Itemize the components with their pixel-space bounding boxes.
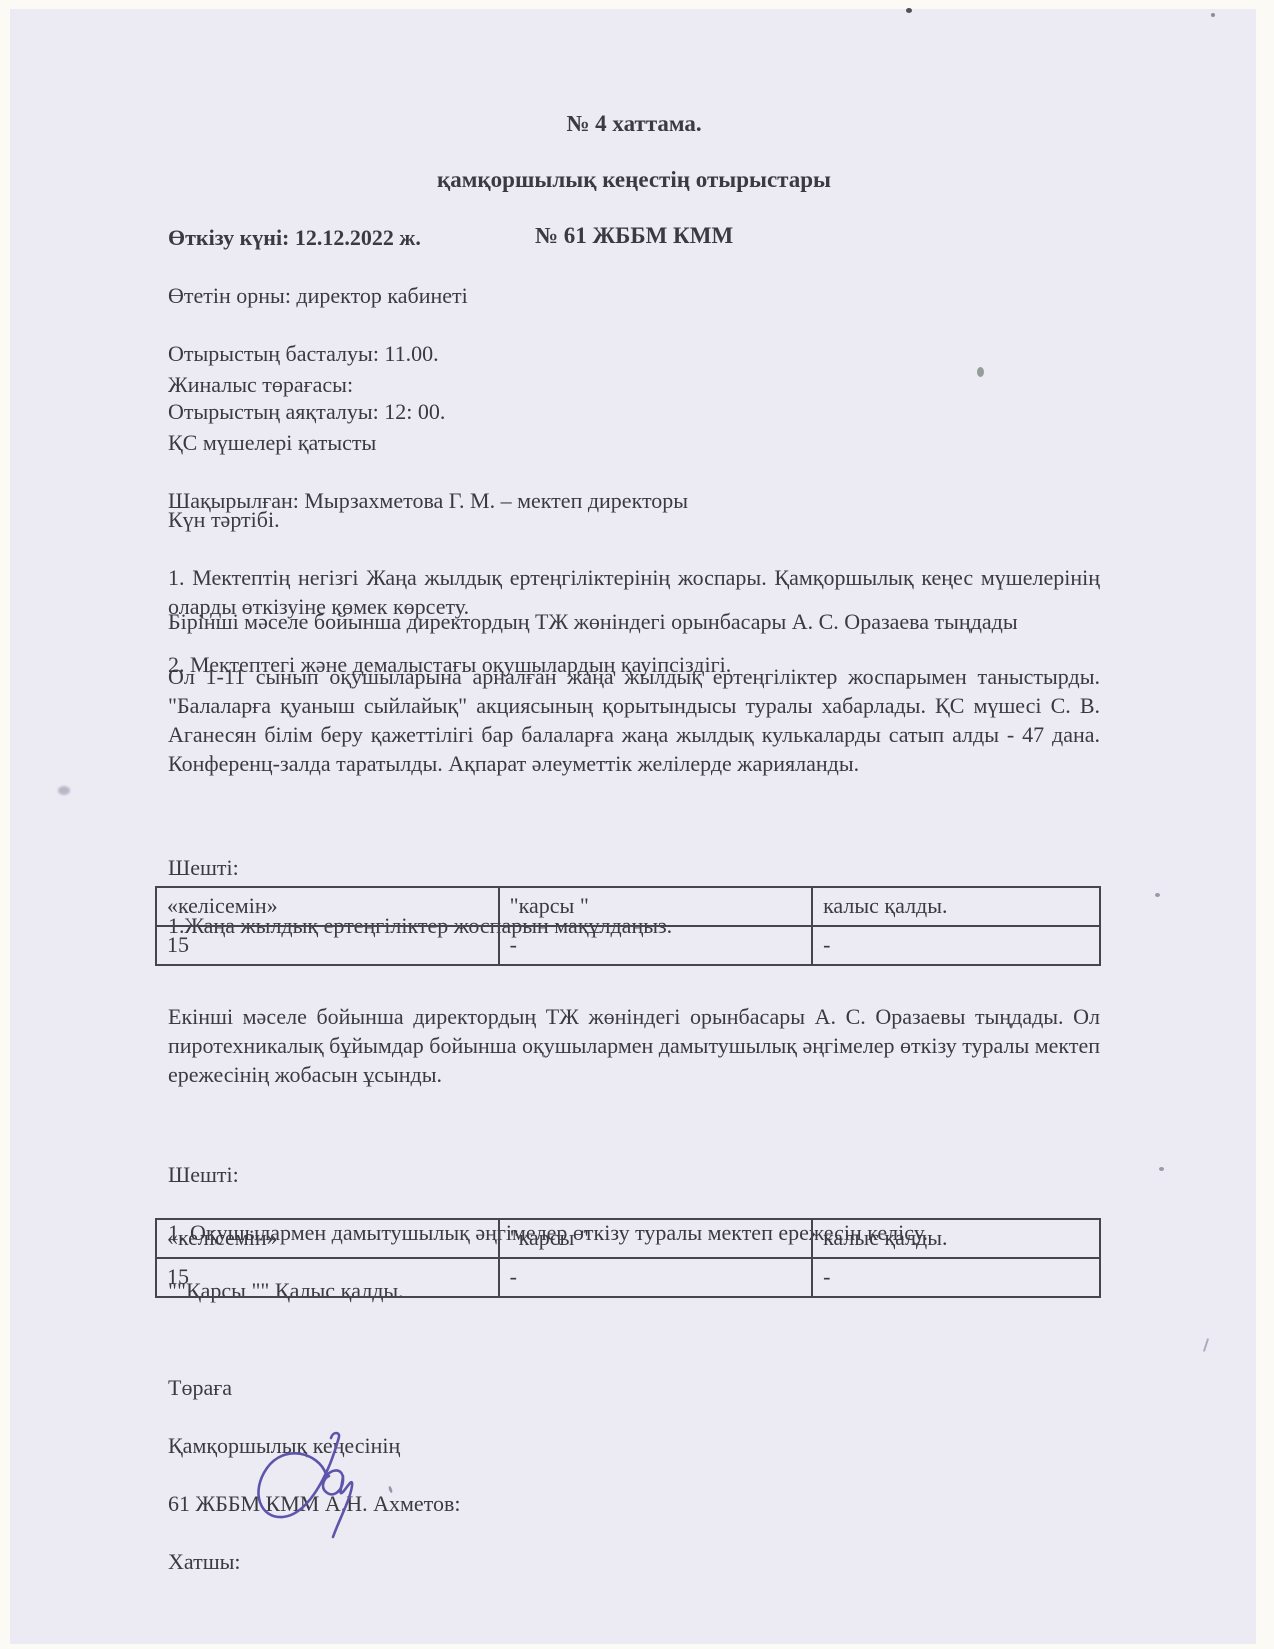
vote2-value-agree: 15 xyxy=(156,1258,499,1297)
vote1-value-agree: 15 xyxy=(156,926,499,965)
vote1-value-abstain: - xyxy=(812,926,1100,965)
vote-table-1-header-row: «келісемін» "карсы " калыс қалды. xyxy=(156,887,1100,926)
scan-speck xyxy=(1211,13,1215,17)
signature xyxy=(238,1424,388,1554)
vote2-header-against: "карсы " xyxy=(499,1219,812,1258)
title-line-protocol-number: № 4 хаттама. xyxy=(168,110,1100,138)
vote-table-2-value-row: 15 - - xyxy=(156,1258,1100,1297)
scan-speck xyxy=(1155,893,1160,897)
vote1-header-against: "карсы " xyxy=(499,887,812,926)
vote2-value-against: - xyxy=(499,1258,812,1297)
issue1-intro: Бірінші мәселе бойынша директордың ТЖ жө… xyxy=(168,607,1100,636)
scan-speck xyxy=(906,8,912,13)
vote1-header-abstain: калыс қалды. xyxy=(812,887,1100,926)
issue2-body: Екінші мәселе бойынша директордың ТЖ жөн… xyxy=(168,1002,1100,1089)
scan-speck xyxy=(977,367,984,377)
vote-table-1-value-row: 15 - - xyxy=(156,926,1100,965)
issue1-body: Ол 1-11 сынып оқушыларына арналған жаңа … xyxy=(168,662,1100,778)
vote1-value-against: - xyxy=(499,926,812,965)
vote1-header-agree: «келісемін» xyxy=(156,887,499,926)
vote-table-2: «келісемін» "карсы " калыс қалды. 15 - - xyxy=(155,1218,1101,1298)
scan-speck xyxy=(1159,1167,1164,1171)
meeting-place: Өтетін орны: директор кабинеті xyxy=(168,281,1100,310)
vote-table-1: «келісемін» "карсы " калыс қалды. 15 - - xyxy=(155,886,1101,966)
scan-speck xyxy=(58,786,70,795)
vote-table-2-header-row: «келісемін» "карсы " калыс қалды. xyxy=(156,1219,1100,1258)
meeting-chair: Жиналыс төрағасы: xyxy=(168,370,1100,399)
signoff-chairman: Төраға xyxy=(168,1373,1100,1402)
resolution2-heading: Шешті: xyxy=(168,1160,1100,1189)
vote2-header-abstain: калыс қалды. xyxy=(812,1219,1100,1258)
vote2-header-agree: «келісемін» xyxy=(156,1219,499,1258)
title-line-council: қамқоршылық кеңестің отырыстары xyxy=(168,166,1100,194)
agenda-heading: Күн тәртібі. xyxy=(168,505,1100,534)
vote2-value-abstain: - xyxy=(812,1258,1100,1297)
meeting-date: Өткізу күні: 12.12.2022 ж. xyxy=(168,223,1100,252)
resolution1-heading: Шешті: xyxy=(168,853,1100,882)
members-present: ҚС мүшелері қатысты xyxy=(168,428,1100,457)
